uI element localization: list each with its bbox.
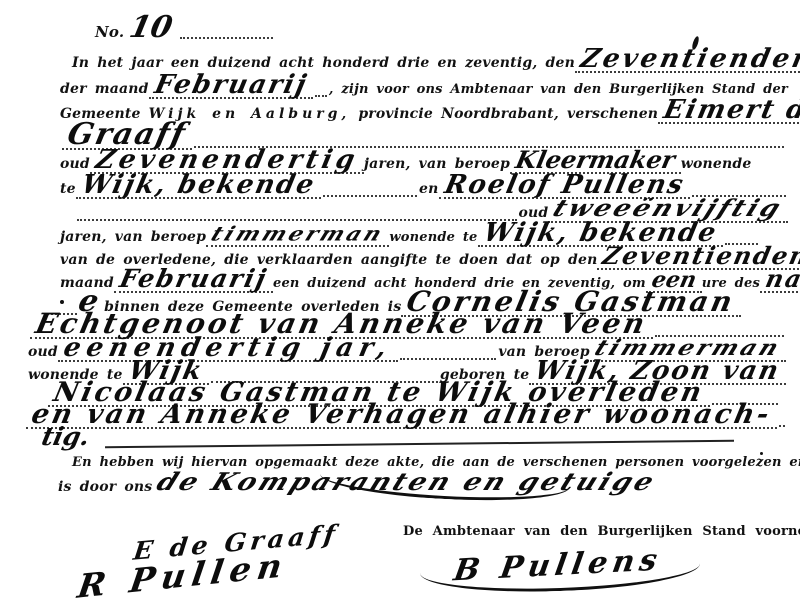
entry-declarant2-age: tweeënvijftig	[552, 204, 784, 216]
entry-death-month-slot: Februarij	[114, 272, 273, 293]
entry-declarant1-occupation: Kleermaker	[515, 154, 676, 166]
entry-death-month: Februarij	[119, 273, 269, 286]
entry-registration-month: Februarij	[153, 79, 308, 92]
closing-stroke	[105, 436, 734, 449]
entry-deceased-spouse: Echtgenoot van Anneke van Veen	[35, 317, 649, 331]
entry-day-slot: Zeventienden	[575, 52, 800, 73]
entry-deceased-mother: en van Anneke Verhagen alhier woonach-	[31, 408, 773, 422]
act-number-slot: 10	[124, 20, 178, 41]
entry-declarant2-occupation: timmerman	[210, 230, 385, 240]
printed-is-door-ons-label: is door ons	[58, 479, 152, 495]
form-line-mother: en van Anneke Verhagen alhier woonach-	[26, 408, 770, 429]
entry-month-slot: Februarij	[149, 78, 313, 99]
death-certificate-scan: No. 10 In het jaar een duizend acht hond…	[0, 0, 800, 610]
form-line-mother-continued: tig.	[36, 430, 740, 449]
dotted-rule	[180, 34, 273, 39]
dotted-rule	[315, 92, 327, 97]
entry-deceased-age-slot: eenendertig jar,	[58, 341, 398, 362]
entry-declarant2-residence: Wijk, bekende	[482, 227, 718, 240]
printed-wonende-label: wonende	[681, 156, 752, 172]
printed-oud-label: oud	[28, 344, 58, 360]
entry-declarant2-name: Roelof Pullens	[443, 179, 685, 192]
dotted-rule	[323, 192, 417, 197]
entry-deceased-father: Nicolaas Gastman te Wijk overleden	[53, 386, 706, 400]
printed-province-text: provincie Noordbrabant, verschenen	[358, 106, 658, 122]
entry-deceased-mother-cont-slot: tig.	[36, 430, 95, 449]
printed-officiant-title: De Ambtenaar van den Burgerlijken Stand …	[403, 524, 800, 539]
entry-deceased-mother-continued: tig.	[41, 431, 91, 444]
printed-en-label: en	[419, 181, 439, 197]
act-number-value: 10	[129, 20, 174, 35]
printed-wonende-te-label: wonende te	[389, 230, 477, 245]
entry-death-day: Zeventienden	[602, 250, 800, 262]
act-number-label: No.	[95, 23, 124, 41]
entry-declarant2-occupation-slot: timmerman	[206, 226, 389, 247]
entry-death-daypart: nachts	[765, 273, 800, 285]
signature-flourish	[419, 541, 700, 596]
entry-registration-day: Zeventienden	[580, 53, 800, 66]
ink-speck	[60, 300, 64, 304]
printed-year-text: In het jaar een duizend acht honderd dri…	[72, 55, 575, 71]
printed-te-label: te	[60, 181, 76, 197]
entry-death-daypart-slot: nachts	[760, 272, 800, 293]
entry-declarant1-slot: Eimert de	[658, 103, 800, 124]
printed-beroep-label: jaren, van beroep	[60, 229, 206, 245]
entry-deceased-occupation: timmerman	[594, 343, 783, 354]
closing-officiant-line: De Ambtenaar van den Burgerlijken Stand …	[403, 524, 800, 539]
entry-declarant1-residence-slot: Wijk, bekende	[76, 178, 321, 199]
dotted-rule	[400, 355, 496, 360]
entry-declarant1-age: Zevenendertig	[95, 154, 360, 167]
entry-deceased-age: eenendertig jar,	[63, 342, 394, 355]
entry-declarant1-residence: Wijk, bekende	[80, 179, 316, 192]
dotted-rule	[77, 216, 517, 221]
entry-declarant1-surname: Graaff	[66, 127, 187, 142]
ink-speck	[760, 452, 763, 455]
entry-deceased-mother-slot: en van Anneke Verhagen alhier woonach-	[26, 408, 777, 429]
dotted-rule	[779, 422, 785, 427]
entry-declarant1-firstname: Eimert de	[663, 104, 800, 117]
act-number-line: No. 10	[95, 20, 275, 41]
printed-month-label: der maand	[60, 81, 149, 97]
